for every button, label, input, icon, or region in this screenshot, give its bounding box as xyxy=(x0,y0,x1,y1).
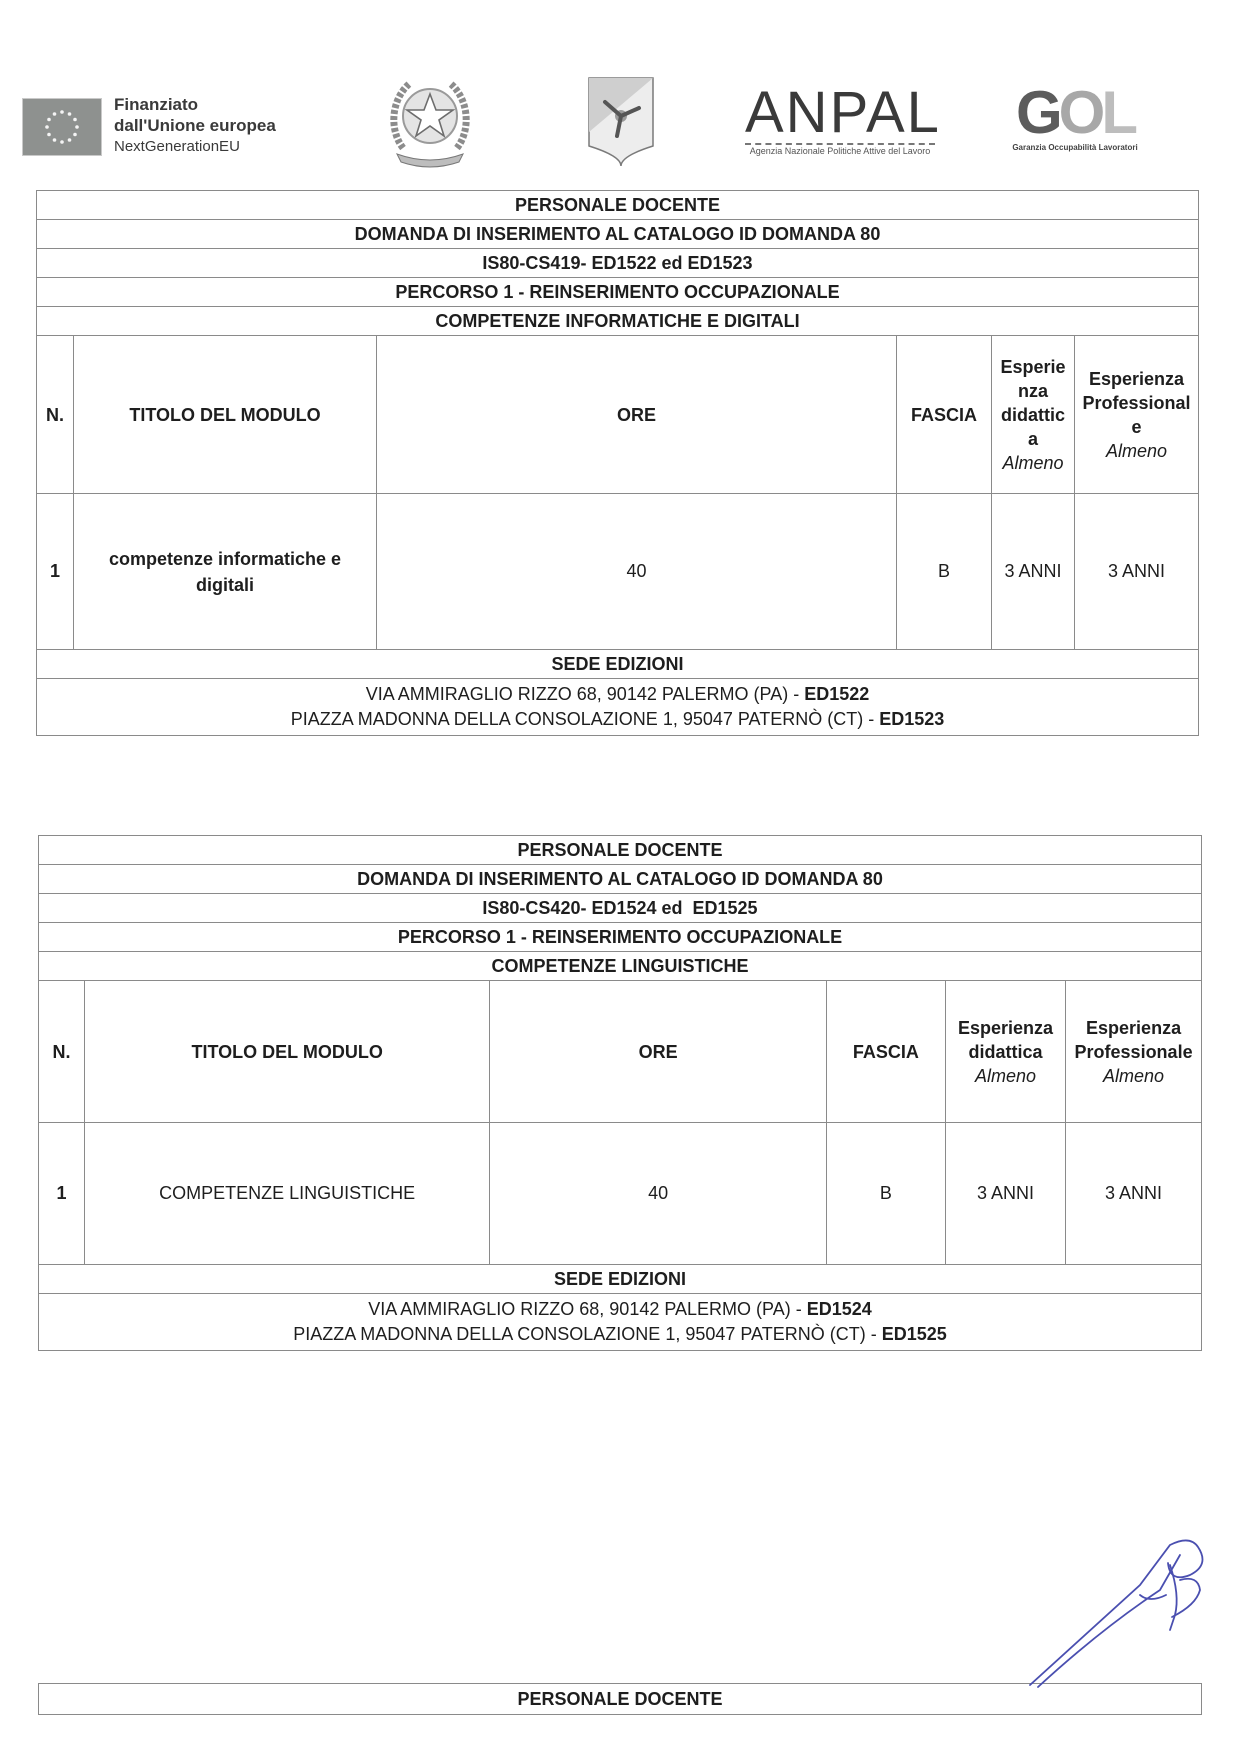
sede-address: VIA AMMIRAGLIO RIZZO 68, 90142 PALERMO (… xyxy=(366,684,804,704)
header-line: Esperienza xyxy=(1089,369,1184,389)
cell-fascia: B xyxy=(826,1123,945,1265)
header-line: Professional xyxy=(1082,393,1190,413)
header-line: nza xyxy=(1018,381,1048,401)
table-title-domanda: DOMANDA DI INSERIMENTO AL CATALOGO ID DO… xyxy=(39,865,1202,894)
header-line: Professionale xyxy=(1075,1042,1193,1062)
cell-esperienza-professionale: 3 ANNI xyxy=(1066,1123,1202,1265)
handwritten-signature-icon xyxy=(1020,1535,1225,1695)
table-title-competenze: COMPETENZE INFORMATICHE E DIGITALI xyxy=(37,307,1199,336)
col-header-titolo: TITOLO DEL MODULO xyxy=(74,336,377,494)
header-logos: Finanziato dall'Unione europea NextGener… xyxy=(0,0,1240,180)
col-header-n: N. xyxy=(37,336,74,494)
table-title-competenze: COMPETENZE LINGUISTICHE xyxy=(39,952,1202,981)
eu-line-1: Finanziato xyxy=(114,94,276,115)
header-line: didattic xyxy=(1001,405,1065,425)
sede-code: ED1525 xyxy=(882,1324,947,1344)
col-header-ore: ORE xyxy=(377,336,897,494)
gol-wordmark: GOL xyxy=(1010,85,1140,141)
table-title-codes: IS80-CS420- ED1524 ed ED1525 xyxy=(39,894,1202,923)
col-header-titolo: TITOLO DEL MODULO xyxy=(84,981,489,1123)
course-table-informatiche: PERSONALE DOCENTE DOMANDA DI INSERIMENTO… xyxy=(36,190,1199,736)
table-row: 1 competenze informatiche e digitali 40 … xyxy=(37,494,1199,650)
cell-titolo: competenze informatiche e digitali xyxy=(74,494,377,650)
sede-edizioni-label: SEDE EDIZIONI xyxy=(39,1265,1202,1294)
cell-fascia: B xyxy=(897,494,992,650)
header-sub-almeno: Almeno xyxy=(1103,1066,1164,1086)
header-sub-almeno: Almeno xyxy=(1106,441,1167,461)
gol-subtitle: Garanzia Occupabilità Lavoratori xyxy=(1010,143,1140,152)
table-title-domanda: DOMANDA DI INSERIMENTO AL CATALOGO ID DO… xyxy=(37,220,1199,249)
table-title-percorso: PERCORSO 1 - REINSERIMENTO OCCUPAZIONALE xyxy=(37,278,1199,307)
sede-address: VIA AMMIRAGLIO RIZZO 68, 90142 PALERMO (… xyxy=(368,1299,806,1319)
gol-letter-l: L xyxy=(1101,79,1134,146)
table-title-percorso: PERCORSO 1 - REINSERIMENTO OCCUPAZIONALE xyxy=(39,923,1202,952)
cell-esperienza-professionale: 3 ANNI xyxy=(1075,494,1199,650)
col-header-fascia: FASCIA xyxy=(897,336,992,494)
gol-logo: GOL Garanzia Occupabilità Lavoratori xyxy=(1010,85,1140,160)
sede-code: ED1523 xyxy=(879,709,944,729)
italian-republic-emblem-icon xyxy=(385,70,475,170)
header-line: Esperie xyxy=(1000,357,1065,377)
col-header-esperienza-didattica: Esperie nza didattic a Almeno xyxy=(992,336,1075,494)
header-line: e xyxy=(1131,417,1141,437)
header-sub-almeno: Almeno xyxy=(1002,453,1063,473)
table-title-codes: IS80-CS419- ED1522 ed ED1523 xyxy=(37,249,1199,278)
course-table-linguistiche: PERSONALE DOCENTE DOMANDA DI INSERIMENTO… xyxy=(38,835,1202,1351)
col-header-fascia: FASCIA xyxy=(826,981,945,1123)
col-header-n: N. xyxy=(39,981,85,1123)
cell-titolo: COMPETENZE LINGUISTICHE xyxy=(84,1123,489,1265)
table-row: 1 COMPETENZE LINGUISTICHE 40 B 3 ANNI 3 … xyxy=(39,1123,1202,1265)
cell-esperienza-didattica: 3 ANNI xyxy=(945,1123,1065,1265)
eu-line-2: dall'Unione europea xyxy=(114,115,276,136)
anpal-logo: ANPAL Agenzia Nazionale Politiche Attive… xyxy=(745,85,935,155)
header-line: Esperienza xyxy=(1086,1018,1181,1038)
sede-edizioni-list: VIA AMMIRAGLIO RIZZO 68, 90142 PALERMO (… xyxy=(39,1294,1202,1351)
gol-letter-o: O xyxy=(1059,79,1102,146)
sede-code: ED1522 xyxy=(804,684,869,704)
cell-ore: 40 xyxy=(377,494,897,650)
table-title-personale: PERSONALE DOCENTE xyxy=(37,191,1199,220)
sede-address: PIAZZA MADONNA DELLA CONSOLAZIONE 1, 950… xyxy=(291,709,879,729)
col-header-ore: ORE xyxy=(490,981,826,1123)
sede-code: ED1524 xyxy=(807,1299,872,1319)
gol-letter-g: G xyxy=(1016,79,1059,146)
header-line: a xyxy=(1028,429,1038,449)
header-sub-almeno: Almeno xyxy=(975,1066,1036,1086)
eu-line-3: NextGenerationEU xyxy=(114,136,276,157)
cell-ore: 40 xyxy=(490,1123,826,1265)
sede-edizioni-list: VIA AMMIRAGLIO RIZZO 68, 90142 PALERMO (… xyxy=(37,679,1199,736)
header-line: Esperienza xyxy=(958,1018,1053,1038)
sede-edizioni-label: SEDE EDIZIONI xyxy=(37,650,1199,679)
anpal-wordmark: ANPAL xyxy=(745,85,935,141)
cell-esperienza-didattica: 3 ANNI xyxy=(992,494,1075,650)
sicily-region-emblem-icon xyxy=(587,76,655,168)
eu-flag-icon xyxy=(22,98,102,156)
cell-n: 1 xyxy=(39,1123,85,1265)
col-header-esperienza-professionale: Esperienza Professional e Almeno xyxy=(1075,336,1199,494)
cell-n: 1 xyxy=(37,494,74,650)
col-header-esperienza-didattica: Esperienza didattica Almeno xyxy=(945,981,1065,1123)
sede-address: PIAZZA MADONNA DELLA CONSOLAZIONE 1, 950… xyxy=(293,1324,881,1344)
col-header-esperienza-professionale: Esperienza Professionale Almeno xyxy=(1066,981,1202,1123)
header-line: didattica xyxy=(969,1042,1043,1062)
table-title-personale: PERSONALE DOCENTE xyxy=(39,836,1202,865)
eu-funding-text: Finanziato dall'Unione europea NextGener… xyxy=(114,94,276,157)
